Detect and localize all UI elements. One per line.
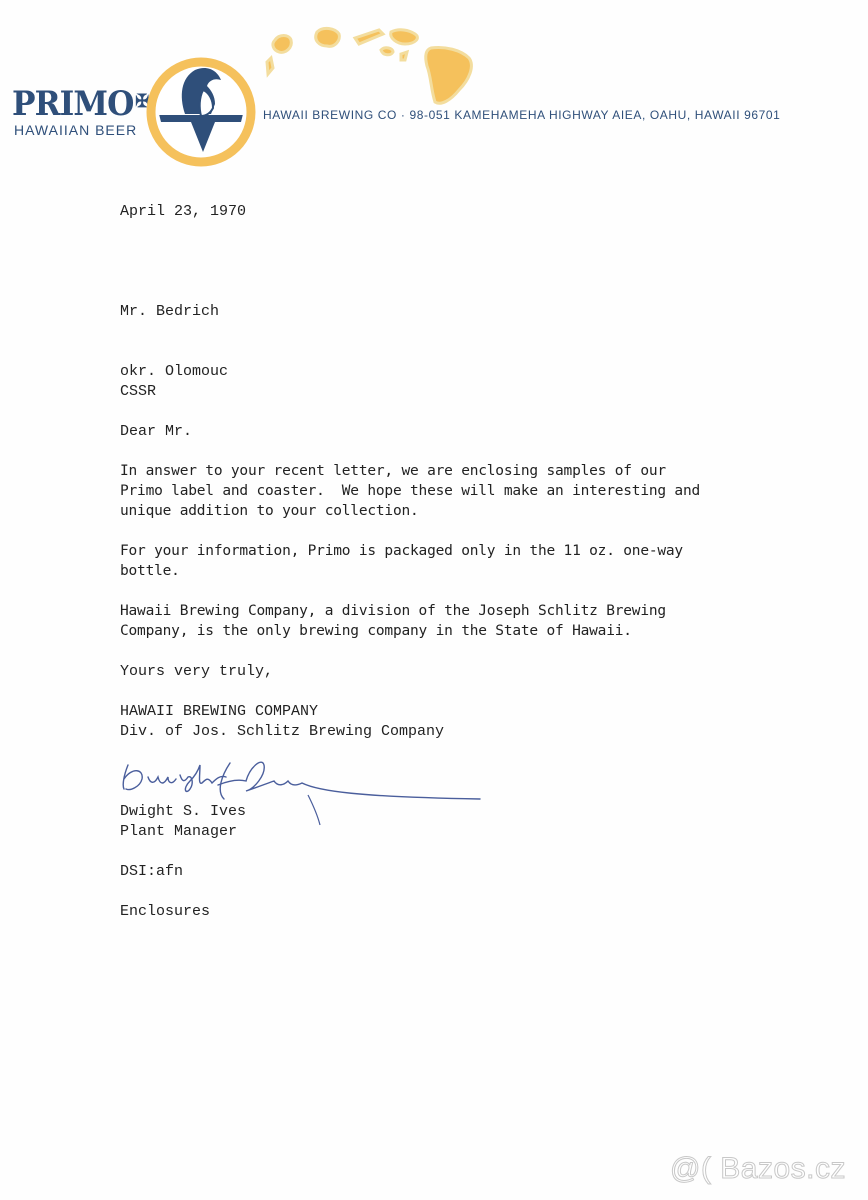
paragraph-line: unique addition to your collection.: [120, 501, 419, 521]
paragraph-line: bottle.: [120, 561, 180, 581]
brand-subtitle: HAWAIIAN BEER: [14, 122, 160, 138]
primo-brand: PRIMO✠ HAWAIIAN BEER: [12, 84, 160, 138]
paragraph-line: Primo label and coaster. We hope these w…: [120, 481, 700, 501]
closing: Yours very truly,: [120, 662, 273, 682]
company-address: HAWAII BREWING CO · 98-051 KAMEHAMEHA HI…: [263, 108, 780, 122]
signer-name: Dwight S. Ives: [120, 802, 246, 822]
hawaiian-islands-map-icon: [255, 10, 545, 110]
paragraph-line: For your information, Primo is packaged …: [120, 541, 683, 561]
warrior-helmet-logo-icon: [145, 56, 257, 168]
paragraph-line: Company, is the only brewing company in …: [120, 621, 632, 641]
recipient-country: CSSR: [120, 382, 156, 402]
paragraph-line: Hawaii Brewing Company, a division of th…: [120, 601, 666, 621]
letter-date: April 23, 1970: [120, 202, 246, 222]
recipient-district: okr. Olomouc: [120, 362, 228, 382]
reference-initials: DSI:afn: [120, 862, 183, 882]
bazos-watermark: @( Bazos.cz: [670, 1152, 846, 1186]
recipient-name: Mr. Bedrich: [120, 302, 219, 322]
signer-title: Plant Manager: [120, 822, 237, 842]
enclosures-note: Enclosures: [120, 902, 210, 922]
salutation: Dear Mr.: [120, 422, 192, 442]
letter-page: PRIMO✠ HAWAIIAN BEER HAWAII BREWING CO ·…: [0, 0, 868, 1200]
company-name: HAWAII BREWING COMPANY: [120, 702, 318, 722]
company-division: Div. of Jos. Schlitz Brewing Company: [120, 722, 444, 742]
brand-name: PRIMO: [12, 84, 133, 124]
paragraph-line: In answer to your recent letter, we are …: [120, 461, 666, 481]
